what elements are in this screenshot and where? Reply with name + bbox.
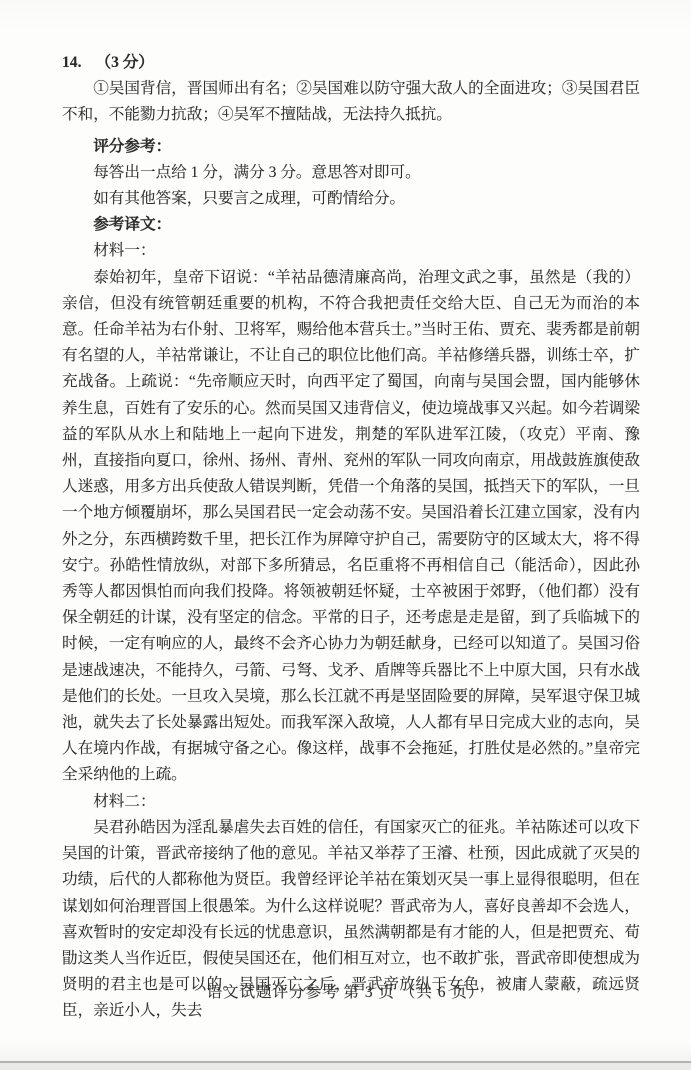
scoring-rule: 每答出一点给 1 分，满分 3 分。意思答对即可。 [62, 160, 640, 186]
material-1-text: 泰始初年，皇帝下诏说：“羊祜品德清廉高尚，治理文武之事，虽然是（我的）亲信，但没… [62, 265, 640, 789]
question-line: 14.（3 分） [62, 50, 640, 76]
exam-answer-key-page: 14.（3 分） ①吴国背信，晋国师出有名；②吴国难以防守强大敌人的全面进攻；③… [0, 0, 691, 1070]
scoring-header: 评分参考： [62, 134, 640, 160]
page-footer: 语文试题评分参考 第 3 页 （共 6 页） [0, 980, 691, 1002]
translation-header: 参考译文： [62, 212, 640, 238]
question-number: 14. [62, 54, 82, 71]
material-1-label: 材料一： [62, 238, 640, 264]
material-2-label: 材料二： [62, 789, 640, 815]
scoring-rule: 如有其他答案，只要言之成理，可酌情给分。 [62, 186, 640, 212]
page-bottom-edge [0, 1061, 691, 1070]
answer-text: ①吴国背信，晋国师出有名；②吴国难以防守强大敌人的全面进攻；③吴国君臣不和，不能… [62, 76, 640, 128]
page-content: 14.（3 分） ①吴国背信，晋国师出有名；②吴国难以防守强大敌人的全面进攻；③… [62, 50, 640, 1025]
question-score: （3 分） [96, 54, 154, 71]
